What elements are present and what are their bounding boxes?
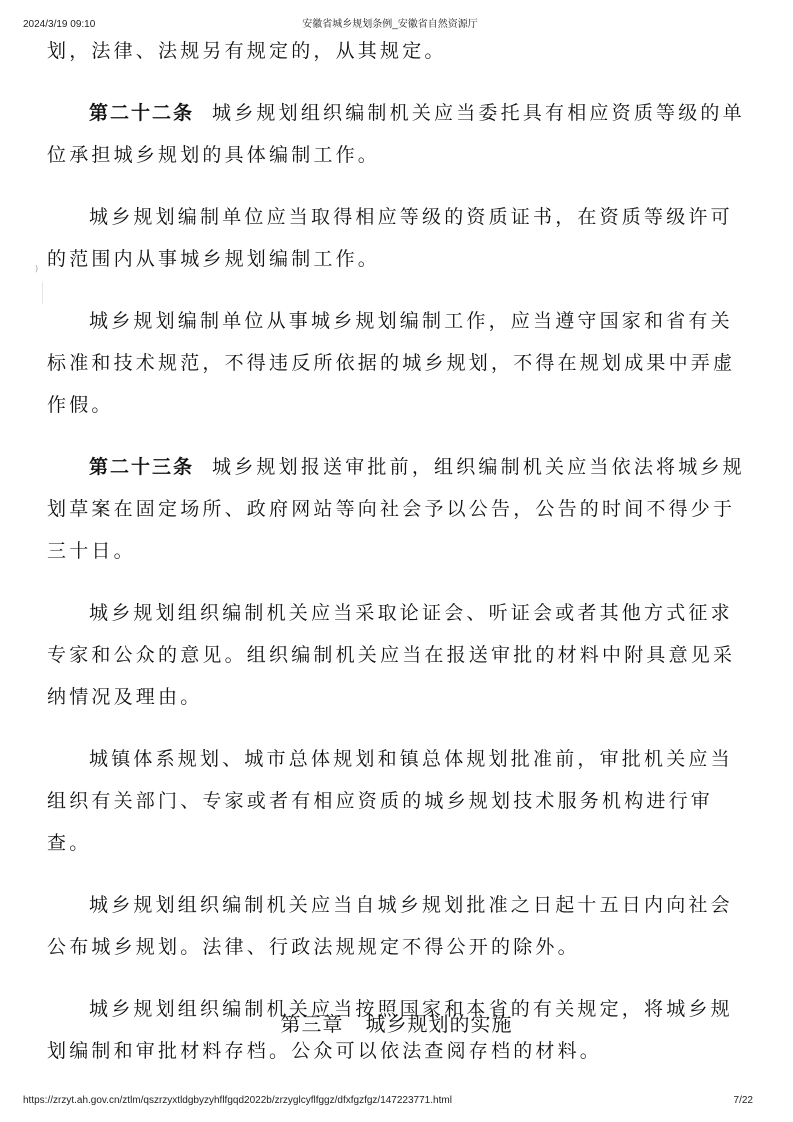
article-22-paragraph-2: 城乡规划编制单位应当取得相应等级的资质证书，在资质等级许可的范围内从事城乡规划编… xyxy=(47,196,752,280)
article-22-paragraph-1: 第二十二条城乡规划组织编制机关应当委托具有相应资质等级的单位承担城乡规划的具体编… xyxy=(47,92,752,176)
chapter-number: 第三章 xyxy=(281,1012,344,1036)
article-23-paragraph-3: 城镇体系规划、城市总体规划和镇总体规划批准前，审批机关应当组织有关部门、专家或者… xyxy=(47,738,752,864)
page-number: 7/22 xyxy=(734,1095,753,1107)
continuation-paragraph: 划，法律、法规另有规定的，从其规定。 xyxy=(47,30,752,72)
chapter-heading: 第三章城乡规划的实施 xyxy=(0,1008,793,1037)
page-url: https://zrzyt.ah.gov.cn/ztlm/qszrzyxtldg… xyxy=(23,1095,452,1107)
article-23-paragraph-4: 城乡规划组织编制机关应当自城乡规划批准之日起十五日内向社会公布城乡规划。法律、行… xyxy=(47,884,752,968)
margin-mark: ) xyxy=(35,264,38,273)
article-23-paragraph-1: 第二十三条城乡规划报送审批前，组织编制机关应当依法将城乡规划草案在固定场所、政府… xyxy=(47,446,752,572)
article-23-paragraph-2: 城乡规划组织编制机关应当采取论证会、听证会或者其他方式征求专家和公众的意见。组织… xyxy=(47,592,752,718)
article-22-paragraph-3: 城乡规划编制单位从事城乡规划编制工作，应当遵守国家和省有关标准和技术规范，不得违… xyxy=(47,300,752,426)
article-number: 第二十二条 xyxy=(89,102,194,124)
margin-line xyxy=(42,282,43,304)
chapter-title: 城乡规划的实施 xyxy=(366,1012,513,1036)
article-number: 第二十三条 xyxy=(89,456,194,478)
document-body: 划，法律、法规另有规定的，从其规定。 第二十二条城乡规划组织编制机关应当委托具有… xyxy=(47,30,752,1072)
